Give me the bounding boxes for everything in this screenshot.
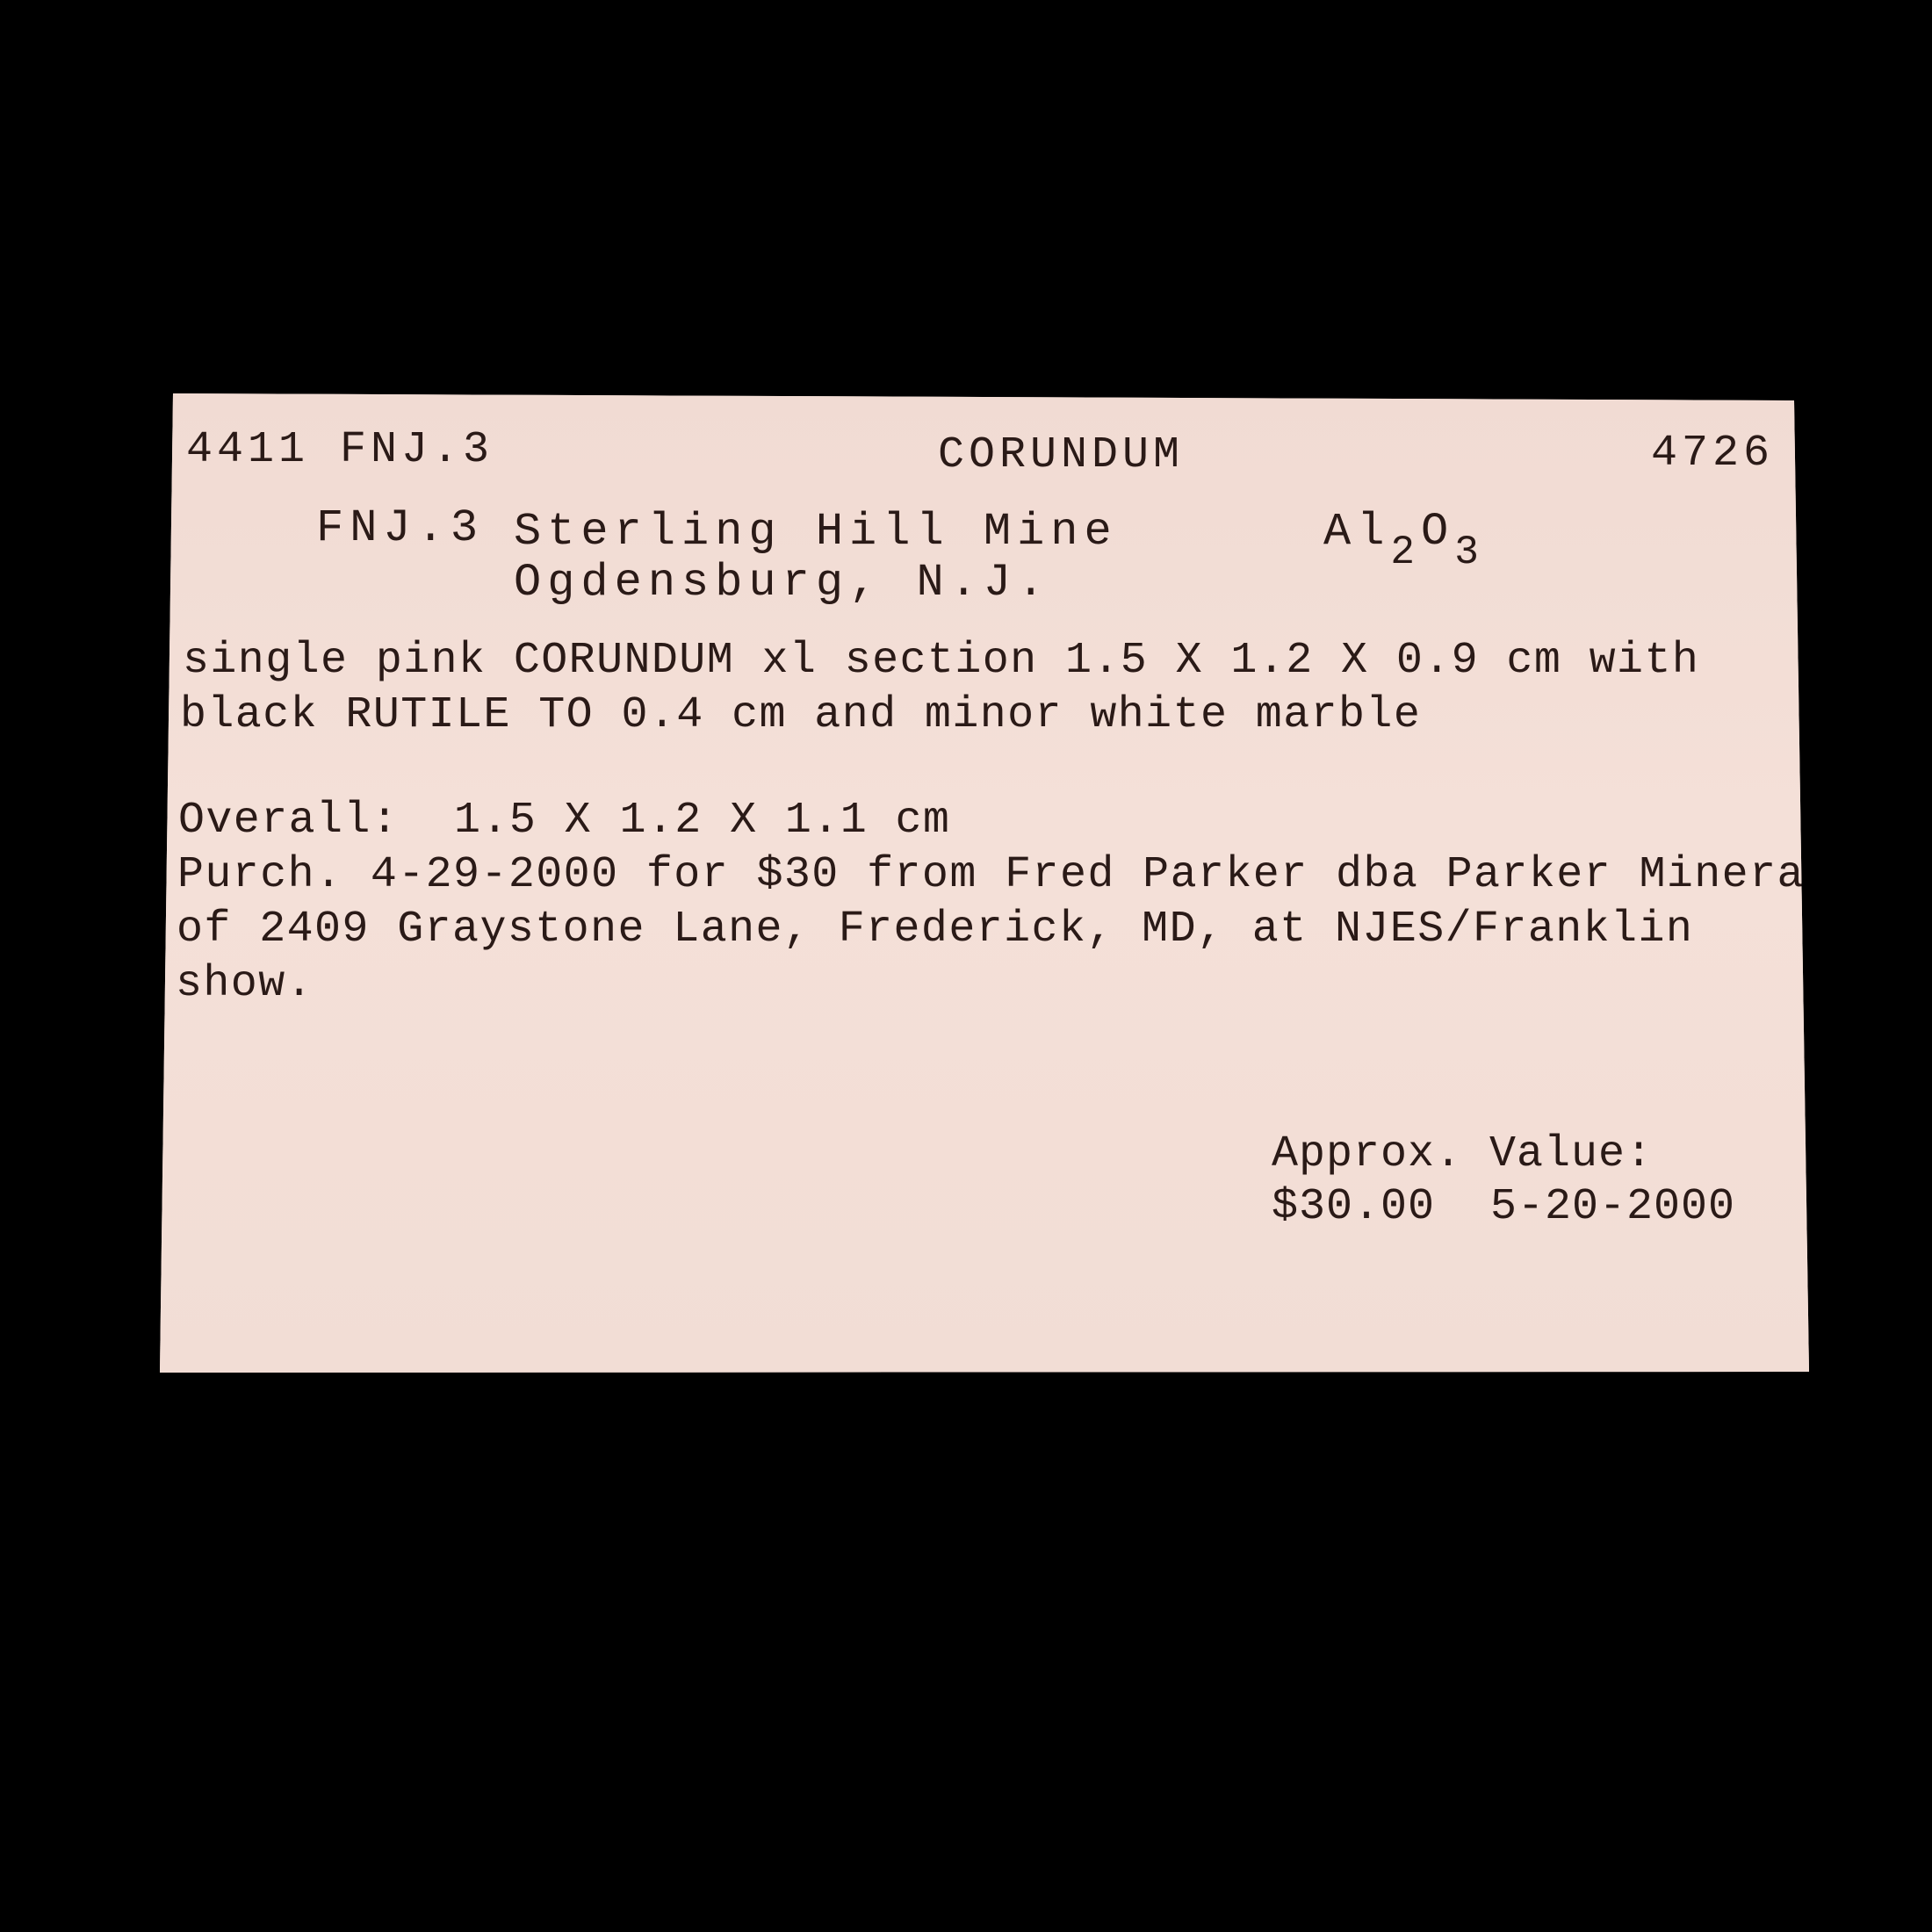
description-line: single pink CORUNDUM xl section 1.5 X 1.… [183,639,1699,683]
specimen-label-card: 4411 FNJ.3 CORUNDUM 4726 FNJ.3 Sterling … [160,393,1811,1373]
chemical-formula: Al2O3 [1323,509,1485,555]
approx-value-amount: $30.00 [1272,1186,1435,1229]
description-line: black RUTILE TO 0.4 cm and minor white m… [180,694,1421,738]
mineral-name: CORUNDUM [938,434,1184,478]
approx-value-label: Approx. Value: [1272,1133,1653,1177]
specimen-number: 4726 [1651,432,1774,476]
approx-value-date: 5-20-2000 [1490,1186,1735,1229]
overall-dimensions: Overall: 1.5 X 1.2 X 1.1 cm [178,799,950,843]
locality-line-2: Ogdensburg, N.J. [514,560,1050,606]
catalog-ref: 4411 FNJ.3 [186,429,494,472]
locality-line-1: Sterling Hill Mine [514,509,1118,555]
purchase-line: of 2409 Graystone Lane, Frederick, MD, a… [177,908,1693,952]
purchase-line: Purch. 4-29-2000 for $30 from Fred Parke… [177,854,1832,898]
locality-code: FNJ.3 [316,506,484,551]
purchase-line: show. [176,962,314,1006]
